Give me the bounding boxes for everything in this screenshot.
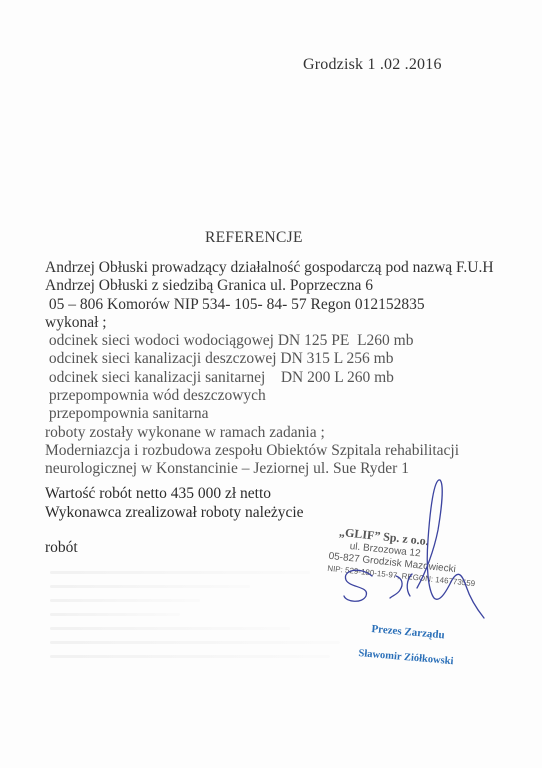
document-page: Grodzisk 1 .02 .2016 REFERENCJE Andrzej …: [0, 0, 542, 768]
contract-value: Wartość robót netto 435 000 zł netto: [45, 484, 304, 503]
trailing-word: robót: [45, 539, 78, 557]
work-item: odcinek sieci kanalizacji deszczowej DN …: [45, 350, 494, 368]
work-item: odcinek sieci wodoci wodociągowej DN 125…: [45, 332, 494, 350]
body-line: wykonał ;: [45, 314, 494, 332]
body-line: 05 – 806 Komorów NIP 534- 105- 84- 57 Re…: [45, 296, 494, 314]
project-name-line: Moderniazcja i rozbudowa zespołu Obiektó…: [45, 442, 494, 460]
quality-statement: Wykonawca zrealizował roboty należycie: [45, 503, 304, 522]
body-line: roboty zostały wykonane w ramach zadania…: [45, 424, 494, 442]
value-statement: Wartość robót netto 435 000 zł netto Wyk…: [45, 484, 304, 522]
work-item: przepompownia wód deszczowych: [45, 387, 494, 405]
signatory-role: Prezes Zarządu: [371, 623, 445, 641]
place-date: Grodzisk 1 .02 .2016: [303, 56, 442, 74]
document-title: REFERENCJE: [205, 229, 303, 247]
project-name-line: neurologicznej w Konstancinie – Jeziorne…: [45, 460, 494, 478]
work-item: przepompownia sanitarna: [45, 405, 494, 423]
document-body: Andrzej Obłuski prowadzący działalność g…: [45, 259, 494, 479]
work-item: odcinek sieci kanalizacji sanitarnej DN …: [45, 369, 494, 387]
body-line: Andrzej Obłuski z siedzibą Granica ul. P…: [45, 277, 494, 295]
faded-text-remnants: [50, 560, 350, 658]
signatory-name: Sławomir Ziółkowski: [358, 648, 454, 667]
body-line: Andrzej Obłuski prowadzący działalność g…: [45, 259, 494, 277]
